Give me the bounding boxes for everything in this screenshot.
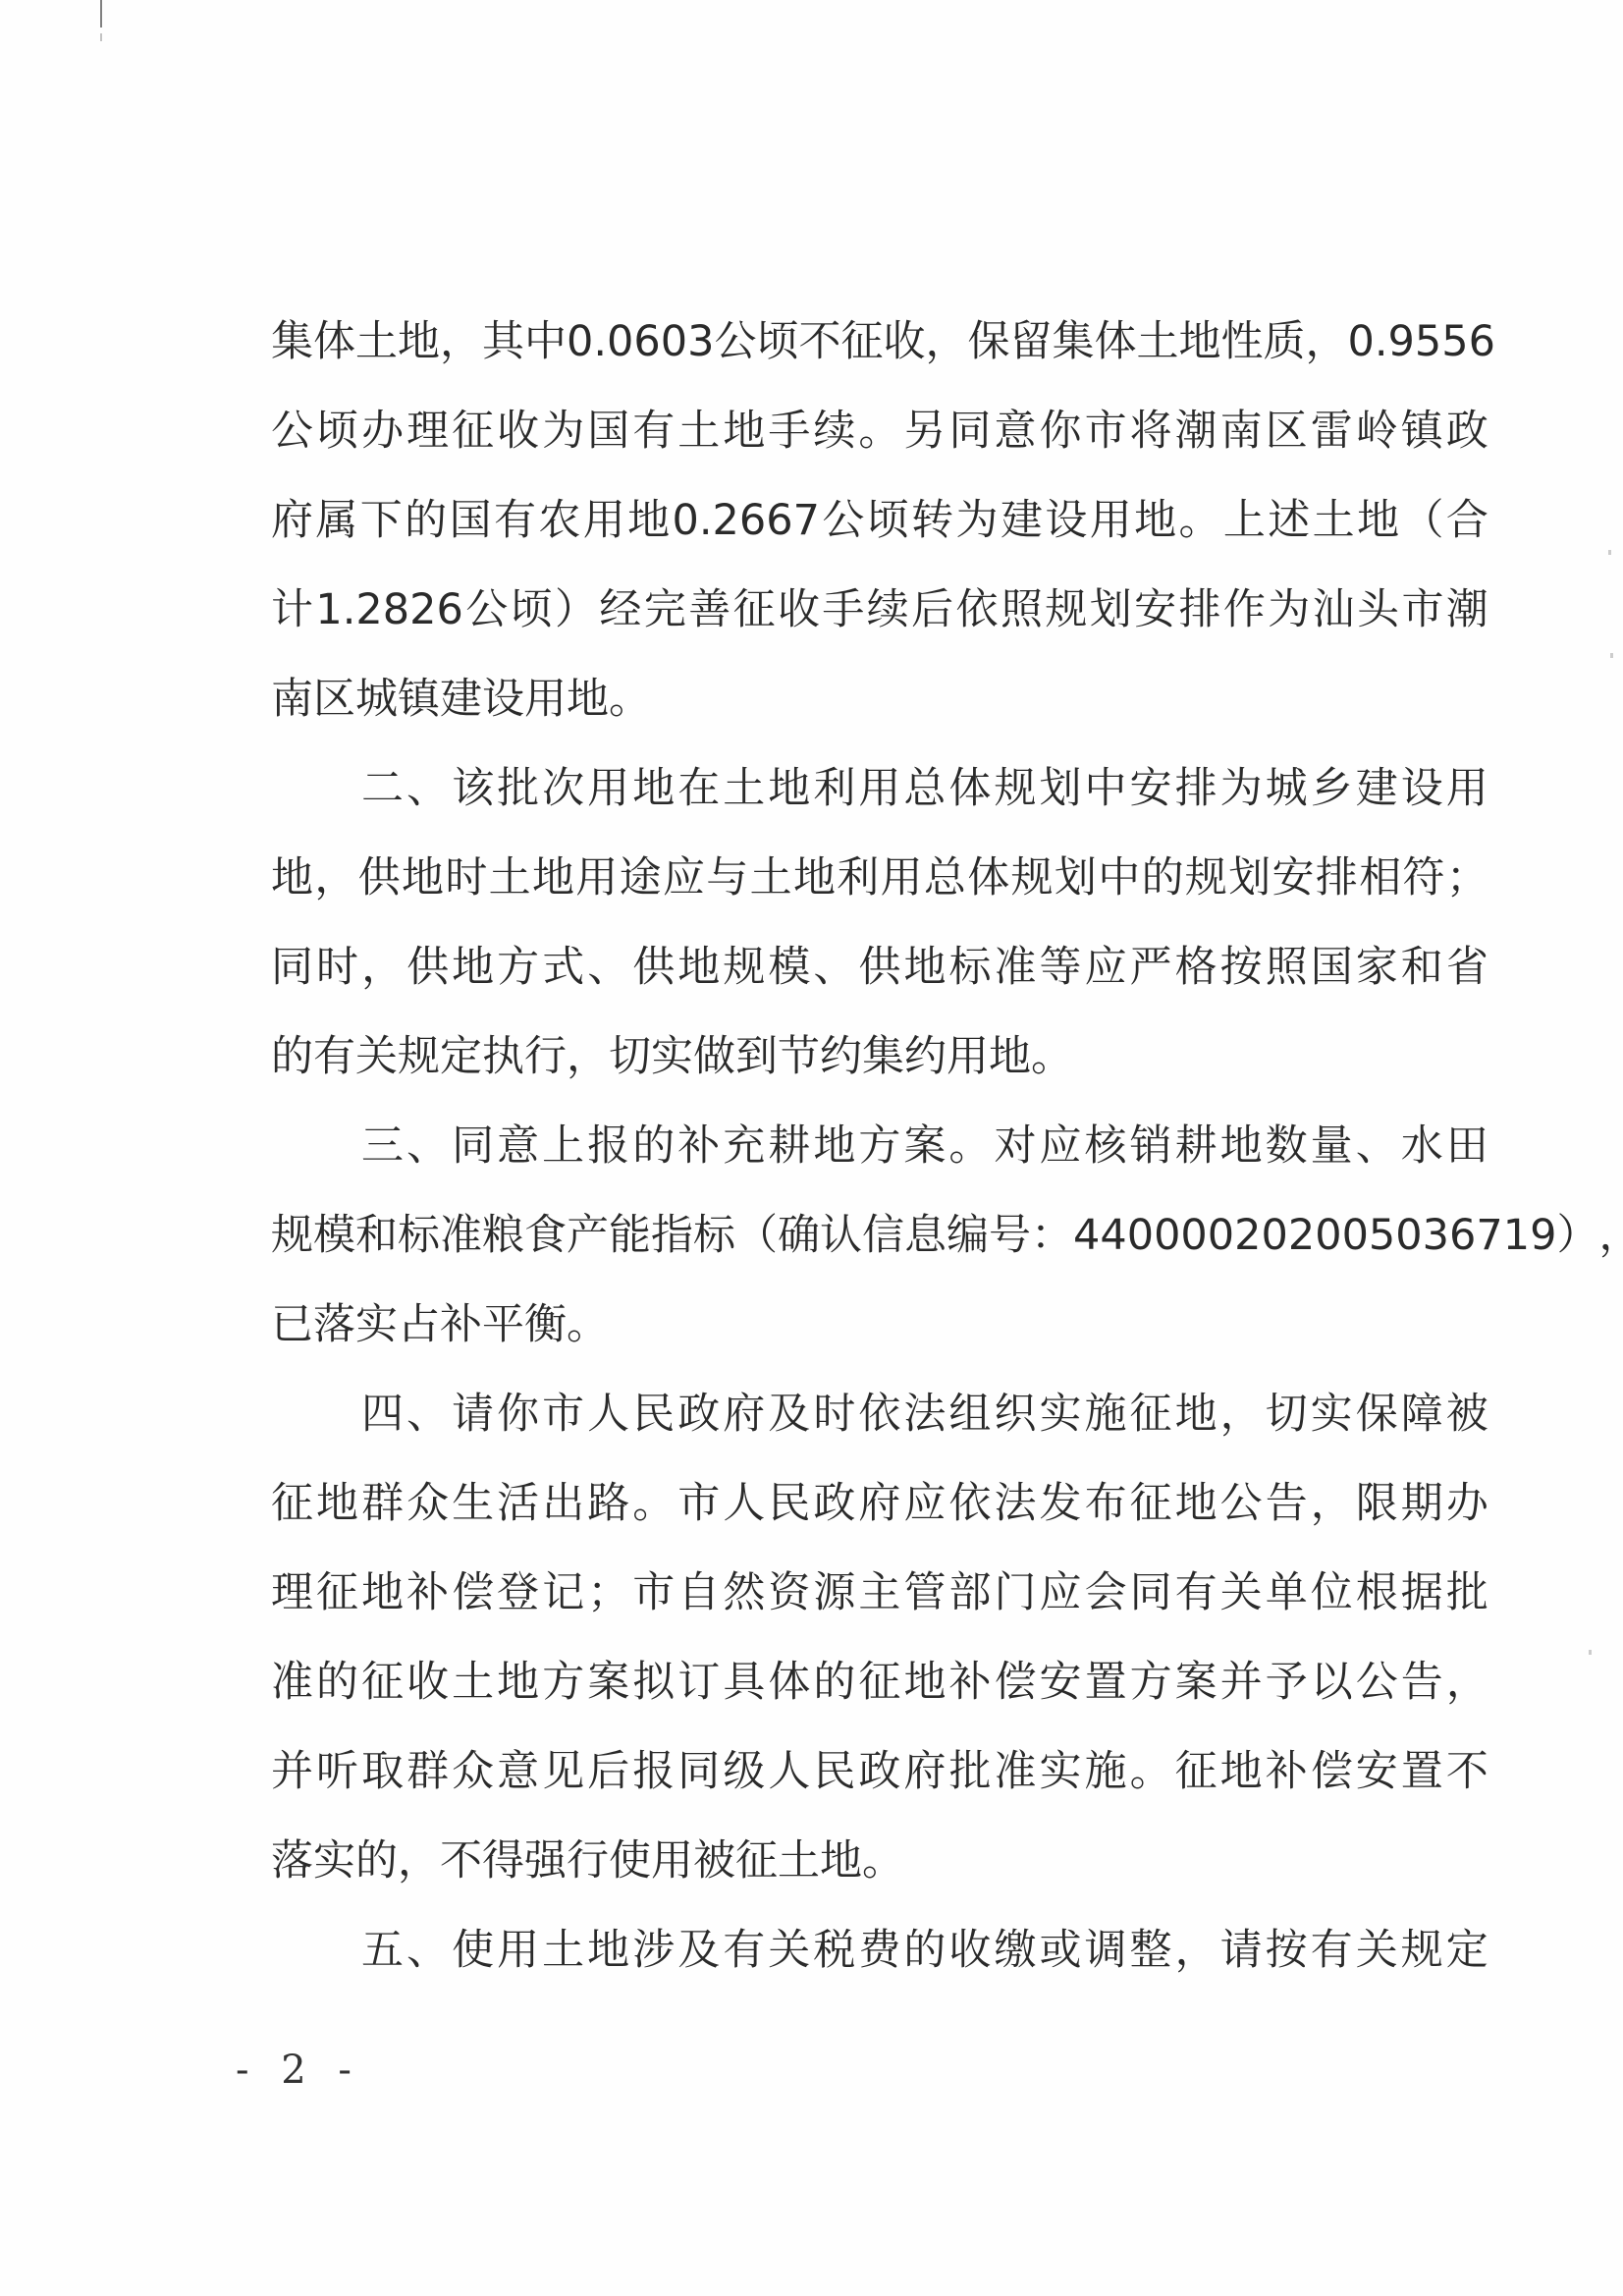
text-line: 二、该批次用地在土地利用总体规划中安排为城乡建设用 (271, 759, 1488, 848)
paragraph-two: 二、该批次用地在土地利用总体规划中安排为城乡建设用 地，供地时土地用途应与土地利… (271, 759, 1488, 1117)
scan-artifact-mark (100, 33, 102, 41)
paragraph-three: 三、同意上报的补充耕地方案。对应核销耕地数量、水田 规模和标准粮食产能指标（确认… (271, 1117, 1488, 1385)
paragraph-five: 五、使用土地涉及有关税费的收缴或调整，请按有关规定 (271, 1921, 1488, 2010)
text-line: 并听取群众意见后报同级人民政府批准实施。征地补偿安置不 (271, 1742, 1488, 1831)
text-line: 计1.2826公顷）经完善征收手续后依照规划安排作为汕头市潮 (271, 580, 1488, 670)
text-line: 府属下的国有农用地0.2667公顷转为建设用地。上述土地（合 (271, 491, 1488, 580)
scan-artifact-mark (100, 0, 102, 27)
text-line: 四、请你市人民政府及时依法组织实施征地，切实保障被 (271, 1385, 1488, 1474)
page-number: - 2 - (236, 2048, 361, 2093)
text-line: 南区城镇建设用地。 (271, 670, 1488, 759)
text-line: 五、使用土地涉及有关税费的收缴或调整，请按有关规定 (271, 1921, 1488, 2010)
text-line: 征地群众生活出路。市人民政府应依法发布征地公告，限期办 (271, 1474, 1488, 1563)
text-line: 落实的，不得强行使用被征土地。 (271, 1831, 1488, 1921)
text-line: 理征地补偿登记；市自然资源主管部门应会同有关单位根据批 (271, 1563, 1488, 1653)
text-line: 规模和标准粮食产能指标（确认信息编号：440000202005036719）， (271, 1206, 1488, 1295)
text-line: 三、同意上报的补充耕地方案。对应核销耕地数量、水田 (271, 1117, 1488, 1206)
text-line: 准的征收土地方案拟订具体的征地补偿安置方案并予以公告， (271, 1653, 1488, 1742)
document-body: 集体土地，其中0.0603公顷不征收，保留集体土地性质，0.9556 公顷办理征… (271, 312, 1488, 2010)
scan-speck (1610, 653, 1613, 658)
text-line: 集体土地，其中0.0603公顷不征收，保留集体土地性质，0.9556 (271, 312, 1488, 402)
paragraph-continued: 集体土地，其中0.0603公顷不征收，保留集体土地性质，0.9556 公顷办理征… (271, 312, 1488, 759)
document-page: 集体土地，其中0.0603公顷不征收，保留集体土地性质，0.9556 公顷办理征… (0, 0, 1623, 2296)
text-line: 同时，供地方式、供地规模、供地标准等应严格按照国家和省 (271, 938, 1488, 1027)
scan-speck (1608, 550, 1611, 555)
text-line: 的有关规定执行，切实做到节约集约用地。 (271, 1027, 1488, 1117)
paragraph-four: 四、请你市人民政府及时依法组织实施征地，切实保障被 征地群众生活出路。市人民政府… (271, 1385, 1488, 1921)
scan-speck (1589, 1650, 1592, 1655)
text-line: 公顷办理征收为国有土地手续。另同意你市将潮南区雷岭镇政 (271, 402, 1488, 491)
text-line: 已落实占补平衡。 (271, 1295, 1488, 1385)
text-line: 地，供地时土地用途应与土地利用总体规划中的规划安排相符； (271, 848, 1488, 938)
